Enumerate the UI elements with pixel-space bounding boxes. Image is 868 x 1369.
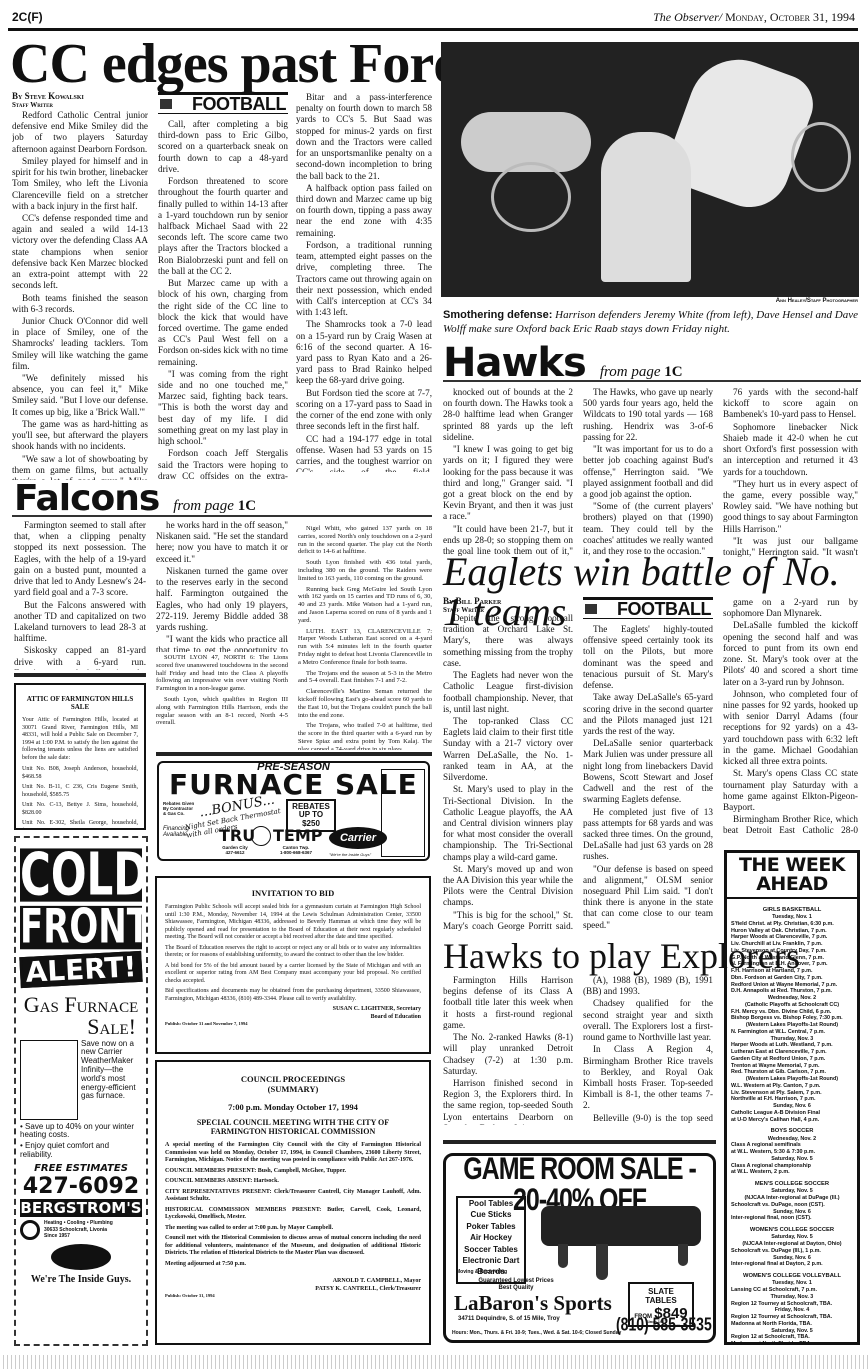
paragraph: CC's defense responded time and again an… [12, 213, 148, 292]
paragraph: Farmington seemed to stall after that, w… [14, 520, 146, 599]
schedule-line: (Catholic Playoffs at Schoolcraft CC) [727, 1002, 857, 1009]
schedule-line: Tuesday, Nov. 1 [727, 1280, 857, 1287]
explorers-col1: Farmington Hills Harrison begins defense… [443, 975, 573, 1125]
schedule-line: Thursday, Nov. 3 [727, 1036, 857, 1043]
byline: By Bill ParkerStaff Writer [443, 597, 573, 615]
paragraph: A halfback option pass failed on third d… [296, 183, 432, 239]
schedule-line: Thursday, Nov. 3 [727, 1294, 857, 1301]
schedule-heading: MEN'S COLLEGE SOCCER [727, 1181, 857, 1188]
schedule-line: Schoolcraft vs. DuPage, noon (CST). [727, 1202, 857, 1209]
schedule-line: (Western Lakes Playoffs-1st Round) [727, 1076, 857, 1083]
paragraph: Fordson, a traditional running team, att… [296, 240, 432, 319]
paragraph: "I want the kids who practice all that t… [156, 634, 288, 652]
week-ahead-box: THE WEEK AHEAD GIRLS BASKETBALLTuesday, … [724, 850, 860, 1345]
paragraph: Electronic Dart [460, 1257, 522, 1265]
hawks-col2: The Hawks, who gave up nearly 500 yards … [583, 387, 713, 557]
byline: By Steve KowalskiStaff Writer [12, 92, 147, 110]
schedule-line: Northville at F.H. Harrison, 7 p.m. [727, 1096, 857, 1103]
paragraph: "We saw a lot of showboating by them on … [12, 454, 148, 480]
schedule-line: N. Farmington at W.L. Central, 7 p.m. [727, 1029, 857, 1036]
paragraph: "They hurt us in every aspect of the gam… [723, 479, 858, 535]
section-icon [160, 99, 172, 109]
store-name: LaBaron's Sports [454, 1291, 612, 1316]
schedule-line: (Western Lakes Playoffs-1st Round) [727, 1022, 857, 1029]
paragraph: The top-ranked Class CC Eaglets laid cla… [443, 716, 573, 783]
paragraph: Call, after completing a big third-down … [158, 119, 288, 175]
paragraph: "Our defense is based on speed and align… [583, 864, 713, 931]
paragraph: Junior Chuck O'Connor did well in place … [12, 316, 148, 372]
divider [14, 673, 146, 677]
helmet-icon [491, 162, 571, 232]
schedule-line: Lansing CC at Schoolcraft, 7 p.m. [727, 1287, 857, 1294]
paragraph: (A), 1988 (B), 1989 (B), 1991 (BB) and 1… [583, 975, 713, 997]
paragraph: "It was important for us to do a better … [583, 444, 713, 500]
thermostat-icon [251, 826, 271, 846]
paragraph: "This is big for the school," St. Mary's… [443, 910, 573, 931]
paragraph: DeLaSalle senior quarterback Mark Julien… [583, 738, 713, 805]
schedule-line: S'field Christ. at Ply. Christian, 6:30 … [727, 921, 857, 928]
paragraph: Meeting adjourned at 7:50 p.m. [165, 1261, 421, 1269]
paragraph: Bitar and a pass-interference penalty on… [296, 92, 432, 182]
schedule-line: Bishop Borgess vs. Bishop Foley, 7:30 p.… [727, 1015, 857, 1022]
paragraph: Siskosky capped an 81-yard drive with a … [14, 645, 146, 670]
invitation-to-bid-notice: INVITATION TO BID Farmington Public Scho… [155, 876, 431, 1054]
paragraph: Belleville (9-0) is the top seed in Clas… [583, 1113, 713, 1125]
schedule-line: Lutheran East at Clarenceville, 7 p.m. [727, 1049, 857, 1056]
falcons-col1: Farmington seemed to stall after that, w… [14, 520, 146, 670]
schedule-line: Saturday, Nov. 5 [727, 1234, 857, 1241]
schedule-line: Wednesday, Nov. 2 [727, 995, 857, 1002]
eaglets-col3: game on a 2-yard run by sophomore Dan Ml… [723, 597, 858, 837]
paragraph: "I was coming from the right side and no… [158, 369, 288, 448]
schedule-line: Tuesday, Nov. 1 [727, 914, 857, 921]
paragraph: Niskanen turned the game over to the res… [156, 566, 288, 633]
paragraph: The Shamrocks took a 7-0 lead on a 15-ya… [296, 319, 432, 386]
schedule-line: Region 12 at Schoolcraft, TBA. [727, 1334, 857, 1341]
hawks-col3: 76 yards with the second-half kickoff to… [723, 387, 858, 557]
paragraph: He completed just five of 13 pass attemp… [583, 807, 713, 863]
paragraph: But Marzec came up with a block of his o… [158, 278, 288, 368]
paragraph: Unit No. C-13, Bettye J. Sims, household… [22, 802, 138, 817]
cold-front-ad[interactable]: COLD FRONT ALERT! Gas Furnace Sale! Save… [14, 836, 148, 1346]
divider [12, 515, 432, 517]
schedule-line: D.H. Annapolis at Red. Thurston, 7 p.m. [727, 988, 857, 995]
paragraph: HISTORICAL COMMISSION MEMBERS PRESENT: B… [165, 1207, 421, 1222]
schedule-line: at U-D Mercy's Calihan Hall, 4 p.m. [727, 1117, 857, 1124]
paragraph: COUNCIL MEMBERS ABSENT: Hartsock. [165, 1178, 421, 1186]
story1-col3: Bitar and a pass-interference penalty on… [296, 92, 432, 472]
falcons-col2: he works hard in the off season," Niskan… [156, 520, 288, 760]
schedule-line: Trenton at Wayne Memorial, 7 p.m. [727, 1063, 857, 1070]
paragraph: "I knew I was going to get big yards on … [443, 444, 573, 523]
week-ahead-title: THE WEEK AHEAD [727, 853, 857, 899]
phone-number: (810) 585-3535 [616, 1314, 712, 1335]
schedule-line: Garden City at Redford Union, 7 p.m. [727, 1056, 857, 1063]
paper-name: The Observer/ [653, 10, 722, 24]
paragraph: Clarenceville's Martino Seman returned t… [298, 688, 432, 719]
paragraph: he works hard in the off season," Niskan… [156, 520, 288, 565]
paragraph: LUTH. EAST 13, CLARENCEVILLE 7: Harper W… [298, 628, 432, 667]
paragraph: The Hawks, who gave up nearly 500 yards … [583, 387, 713, 443]
paragraph: Farmington Public Schools will accept se… [165, 904, 421, 942]
paragraph: The Eaglets' highly-touted offensive spe… [583, 624, 713, 691]
paragraph: The game was as hard-hitting as you'll s… [12, 419, 148, 453]
pool-table-illustration [541, 1206, 701, 1246]
paragraph: CC had a 194-177 edge in total offense. … [296, 434, 432, 472]
paragraph: Redford Catholic Central junior defensiv… [12, 110, 148, 155]
carrier-logo: Carrier [329, 827, 387, 849]
schedule-line: Red. Thurston at Gib. Carlson, 7 p.m. [727, 1069, 857, 1076]
schedule-line: Sunday, Nov. 6 [727, 1209, 857, 1216]
page-date: Monday, October 31, 1994 [725, 10, 855, 24]
paragraph: Sophomore linebacker Nick Shaieb made it… [723, 422, 858, 478]
paragraph: The No. 2-ranked Hawks (8-1) will play u… [443, 1032, 573, 1077]
schedule-line: Friday, Nov. 4 [727, 1307, 857, 1314]
schedule-line: Huron Valley at Oak. Christian, 7 p.m. [727, 928, 857, 935]
paragraph: Poker Tables [460, 1223, 522, 1231]
football-section-tag: FOOTBALL [583, 597, 713, 619]
schedule-line: Class A regional championship [727, 1163, 857, 1170]
paragraph: Cue Sticks [460, 1211, 522, 1219]
attic-sale-notice: ATTIC OF FARMINGTON HILLS SALE Your Atti… [14, 683, 146, 830]
schedule-line: Liv. Stevenson at Ply. Salem, 7 p.m. [727, 1090, 857, 1097]
hawks-col1: knocked out of bounds at the 2 on fourth… [443, 387, 573, 557]
schedule-line: W.L. Western at Ply. Canton, 7 p.m. [727, 1083, 857, 1090]
paragraph: Fordson threatened to score throughout t… [158, 176, 288, 277]
schedule-line: Schoolcraft vs. DuPage (Ill.), 1 p.m. [727, 1248, 857, 1255]
masthead-rule [8, 28, 858, 31]
story1-col2: Call, after completing a big third-down … [158, 119, 288, 479]
falcons-col3: Nigel Whitt, who gained 137 yards on 18 … [298, 525, 432, 750]
paragraph: But the Falcons answered with another TD… [14, 600, 146, 645]
divider [443, 1140, 716, 1144]
schedule-line: (NJCAA Inter-regional at Dayton, Ohio) [727, 1241, 857, 1248]
paragraph: But Fordson tied the score at 7-7, scori… [296, 388, 432, 433]
paragraph: Council met with the Historical Commissi… [165, 1235, 421, 1258]
paragraph: St. Mary's opens Class CC state tourname… [723, 768, 858, 813]
company-logo-icon [20, 1220, 40, 1240]
schedule-line: Sunday, Nov. 6 [727, 1255, 857, 1262]
schedule-line: at W.L. Western, 2 p.m. [727, 1169, 857, 1176]
carrier-logo [51, 1244, 111, 1270]
schedule-line: Inter-regional final, noon (CST). [727, 1215, 857, 1222]
furnace-illustration [20, 1040, 78, 1120]
schedule-line: Saturday, Nov. 5 [727, 1328, 857, 1335]
schedule-line: Catholic League A-B Division Final [727, 1110, 857, 1117]
paragraph: St. Mary's moved up and won the AA Divis… [443, 864, 573, 909]
furnace-sale-ad[interactable]: PRE-SEASON FURNACE SALE Rebates Given By… [157, 761, 430, 861]
schedule-line: Saturday, Nov. 5 [727, 1156, 857, 1163]
page-folio: 2C(F) [12, 10, 43, 24]
football-section-tag: FOOTBALL [158, 92, 288, 114]
schedule-line: Saturday, Nov. 5 [727, 1188, 857, 1195]
helmet-icon [791, 122, 851, 192]
game-room-sale-ad[interactable]: GAME ROOM SALE - 20-40% OFF Pool TablesC… [443, 1153, 716, 1343]
schedule-line: Sunday, Nov. 6 [727, 1103, 857, 1110]
paragraph: The Trojans end the season at 5-3 in the… [298, 670, 432, 686]
paragraph: 76 yards with the second-half kickoff to… [723, 387, 858, 421]
divider [156, 752, 432, 756]
schedule-line: Madonna at North Florida, TBA. [727, 1341, 857, 1345]
schedule-line: (NJCAA Inter-regional at DuPage (Ill.) [727, 1195, 857, 1202]
paragraph: SOUTH LYON 47, NORTH 6: The Lions scored… [156, 654, 288, 693]
paragraph: "We definitely missed his absence, you c… [12, 373, 148, 418]
schedule-line: Redford Union at Wayne Memorial, 7 p.m. [727, 982, 857, 989]
paragraph: knocked out of bounds at the 2 on fourth… [443, 387, 573, 443]
schedule-line: at W.L. Western, 5:30 & 7:30 p.m. [727, 1149, 857, 1156]
paragraph: Running back Greg McGuire led South Lyon… [298, 586, 432, 625]
explorers-col2: (A), 1988 (B), 1989 (B), 1991 (BB) and 1… [583, 975, 713, 1125]
masthead: The Observer/ Monday, October 31, 1994 [330, 10, 855, 25]
paragraph: Soccer Tables [460, 1246, 522, 1254]
eaglets-col2: The Eaglets' highly-touted offensive spe… [583, 624, 713, 931]
paragraph: Depite the strong football tradition at … [443, 613, 573, 669]
schedule-line: Inter-regional final at Dayton, 2 p.m. [727, 1261, 857, 1268]
schedule-heading: GIRLS BASKETBALL [727, 907, 857, 914]
paragraph: South Lyon, which qualifies in Region II… [156, 696, 288, 727]
story1-col1: Redford Catholic Central junior defensiv… [12, 110, 148, 480]
paragraph: COUNCIL MEMBERS PRESENT: Bush, Campbell,… [165, 1168, 421, 1176]
paragraph: Pool Tables [460, 1200, 522, 1208]
paragraph: CITY REPRESENTATIVES PRESENT: Clerk/Trea… [165, 1189, 421, 1204]
paragraph: Birmingham Brother Rice, which beat Detr… [723, 814, 858, 837]
paragraph: The meeting was called to order at 7:00 … [165, 1225, 421, 1233]
paragraph: South Lyon finished with 436 total yards… [298, 559, 432, 582]
paragraph: Take away DeLaSalle's 65-yard scoring dr… [583, 692, 713, 737]
schedule-line: Class A regional semifinals [727, 1142, 857, 1149]
section-icon [585, 604, 597, 614]
paragraph: Bid specifications and documents may be … [165, 988, 421, 1003]
paragraph: game on a 2-yard run by sophomore Dan Ml… [723, 597, 858, 619]
football-photo [441, 42, 859, 297]
paragraph: Smiley played for himself and in spirit … [12, 156, 148, 212]
paragraph: Harrison finished second in Region 3, th… [443, 1078, 573, 1125]
schedule-line: Region 12 Tourney at Schoolcraft, TBA. [727, 1301, 857, 1308]
paragraph: St. Mary's used to play in the Tri-Secti… [443, 784, 573, 863]
headline-explorers: Hawks to play Explorers [443, 938, 800, 974]
paragraph: Johnson, who completed four of nine pass… [723, 689, 858, 768]
paragraph: A special meeting of the Farmington City… [165, 1142, 421, 1165]
paragraph: Unit No. B08, Joseph Anderson, household… [22, 766, 138, 781]
paragraph: DeLaSalle fumbled the kickoff opening th… [723, 620, 858, 687]
schedule-line: Region 12 Tourney at Schoolcraft, TBA. [727, 1314, 857, 1321]
paragraph: Nigel Whitt, who gained 137 yards on 18 … [298, 525, 432, 556]
paragraph: Chadsey qualified for the second straigh… [583, 998, 713, 1043]
schedule-heading: BOYS SOCCER [727, 1128, 857, 1135]
photo-caption: Smothering defense: Harrison defenders J… [443, 309, 863, 337]
schedule-heading: WOMEN'S COLLEGE VOLLEYBALL [727, 1273, 857, 1280]
paragraph: Fordson coach Jeff Stergalis said the Tr… [158, 448, 288, 479]
falcons-jump-headline: Falconsfrom page 1C [14, 481, 256, 517]
council-proceedings-notice: COUNCIL PROCEEDINGS (SUMMARY) 7:00 p.m. … [155, 1060, 431, 1345]
schedule-heading: WOMEN'S COLLEGE SOCCER [727, 1227, 857, 1234]
divider [443, 380, 861, 382]
paragraph: Both teams finished the season with 6-3 … [12, 293, 148, 315]
schedule-line: Madonna at North Florida, TBA. [727, 1321, 857, 1328]
eaglets-col1: Depite the strong football tradition at … [443, 613, 573, 931]
paragraph: The Eaglets had never won the Catholic L… [443, 670, 573, 715]
paragraph: A bid bond for 5% of the bid amount issu… [165, 963, 421, 986]
photo-credit: Ann Healey/Staff Photographer [600, 298, 858, 304]
paragraph: Air Hockey [460, 1234, 522, 1242]
page-bottom-edge [0, 1355, 868, 1369]
paragraph: The Board of Education reserves the righ… [165, 945, 421, 960]
paragraph: The Trojans, who trailed 7-0 at halftime… [298, 722, 432, 750]
schedule-line: F.H. Mercy vs. Dbn. Divine Child, 6 p.m. [727, 1009, 857, 1016]
paragraph: Unit No. B-11, C 236, Cris Eugene Smith,… [22, 784, 138, 799]
paragraph: In Class A Region 4, Birmingham Brother … [583, 1044, 713, 1111]
phone-number: 427-6092 [20, 1174, 142, 1199]
hawks-jump-headline: Hawksfrom page 1C [443, 343, 683, 383]
furnace-illustration [381, 769, 425, 857]
schedule-line: Harper Woods at Luth. Westland, 7 p.m. [727, 1042, 857, 1049]
schedule-line: Wednesday, Nov. 2 [727, 1136, 857, 1143]
paragraph: Unit No. E-302, Sheila George, household… [22, 820, 138, 830]
paragraph: Farmington Hills Harrison begins defense… [443, 975, 573, 1031]
